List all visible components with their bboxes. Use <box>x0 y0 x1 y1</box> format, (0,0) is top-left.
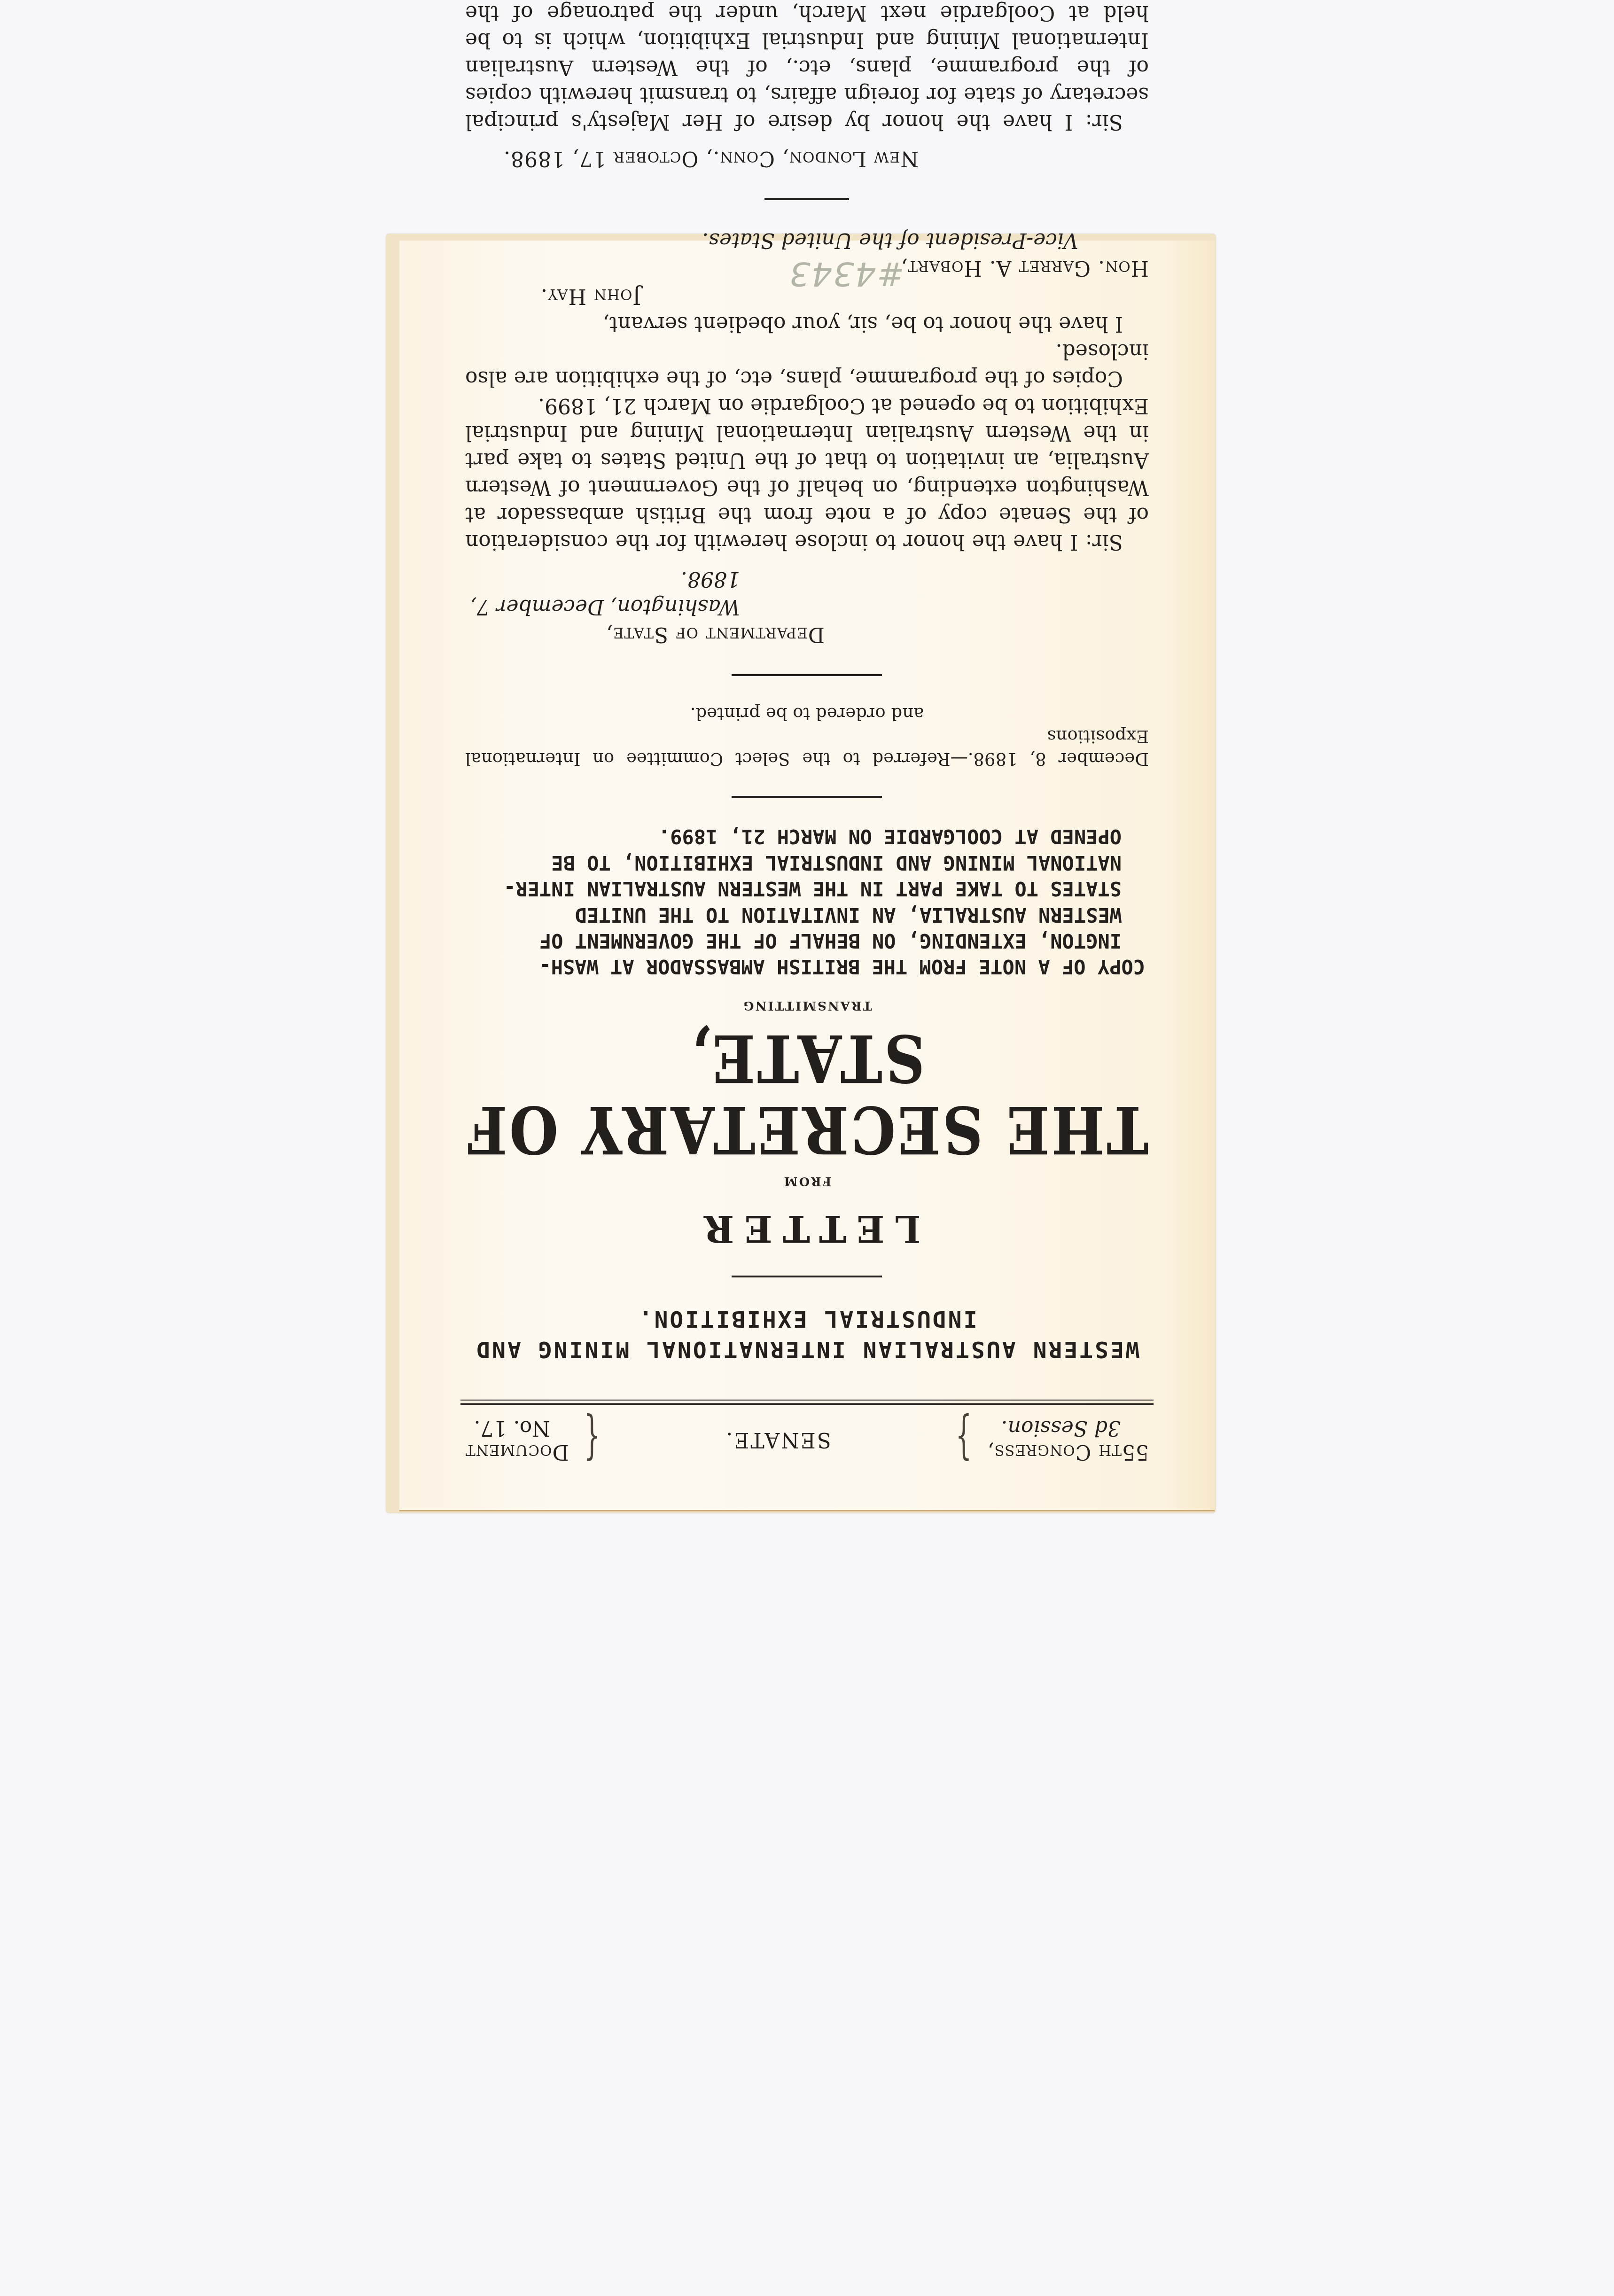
referral-note: December 8, 1898.—Referred to the Select… <box>460 702 1154 770</box>
brace-icon: } <box>956 1414 972 1465</box>
divider-rule <box>765 198 850 200</box>
subject-line: STATES TO TAKE PART IN THE WESTERN AUSTR… <box>469 876 1145 902</box>
divider-rule <box>732 675 882 677</box>
letter1-dateline: Department of State, Washington, Decembe… <box>460 565 1154 648</box>
document-number: No. 17. <box>465 1416 569 1440</box>
from-label: FROM <box>460 1174 1154 1188</box>
letter2-body: Sir: I have the honor by desire of Her M… <box>460 0 1154 135</box>
main-title: THE SECRETARY OF STATE, <box>460 1022 1154 1165</box>
divider-rule <box>732 796 882 798</box>
document-page: 55th Congress, 3d Session. } SENATE. { D… <box>399 241 1215 1511</box>
congress-session-block: 55th Congress, 3d Session. } <box>947 1414 1149 1465</box>
subject-line: COPY OF A NOTE FROM THE BRITISH AMBASSAD… <box>469 954 1145 980</box>
document-label: Document <box>465 1440 569 1463</box>
dateline-place: Department of State, <box>460 621 1154 648</box>
header-double-rule <box>460 1400 1154 1405</box>
letter1-body: Sir: I have the honor to inclose herewit… <box>460 392 1154 555</box>
document-header: 55th Congress, 3d Session. } SENATE. { D… <box>460 1414 1154 1465</box>
letter1-body-2: Copies of the programme, plans, etc, of … <box>460 337 1154 392</box>
handwritten-catalog-number: #4343 <box>788 255 904 293</box>
page-content: 55th Congress, 3d Session. } SENATE. { D… <box>460 0 1154 1465</box>
exhibition-title-line: WESTERN AUSTRALIAN INTERNATIONAL MINING … <box>460 1334 1154 1364</box>
addressee-title: Vice-President of the United States. <box>460 226 1154 254</box>
exhibition-title: WESTERN AUSTRALIAN INTERNATIONAL MINING … <box>460 1303 1154 1364</box>
transmitting-label: TRANSMITTING <box>460 998 1154 1012</box>
session-label: 3d Session. <box>987 1416 1149 1440</box>
chamber-label: SENATE. <box>725 1428 831 1452</box>
letter1-closing: I have the honor to be, sir, your obedie… <box>460 310 1154 337</box>
referral-line: and ordered to be printed. <box>465 702 1149 725</box>
document-number-block: { Document No. 17. <box>465 1414 608 1465</box>
dateline-date: Washington, December 7, 1898. <box>460 565 1154 621</box>
letter-heading: LETTER <box>460 1207 1154 1250</box>
subject-line: NATIONAL MINING AND INDUSTRIAL EXHIBITIO… <box>469 849 1145 875</box>
subject-line: WESTERN AUSTRALIA, AN INVITATION TO THE … <box>469 902 1145 927</box>
congress-label: 55th Congress, <box>987 1440 1149 1463</box>
divider-rule <box>732 1276 882 1277</box>
brace-icon: { <box>584 1414 600 1465</box>
subject-line: INGTON, EXTENDING, ON BEHALF OF THE GOVE… <box>469 928 1145 954</box>
subject-line: OPENED AT COOLGARDIE ON MARCH 21, 1899. <box>469 824 1145 849</box>
subject-block: COPY OF A NOTE FROM THE BRITISH AMBASSAD… <box>460 824 1154 980</box>
referral-line: December 8, 1898.—Referred to the Select… <box>465 725 1149 770</box>
letter2-dateline: New London, Conn., October 17, 1898. <box>460 145 1154 172</box>
exhibition-title-line: INDUSTRIAL EXHIBITION. <box>460 1303 1154 1334</box>
